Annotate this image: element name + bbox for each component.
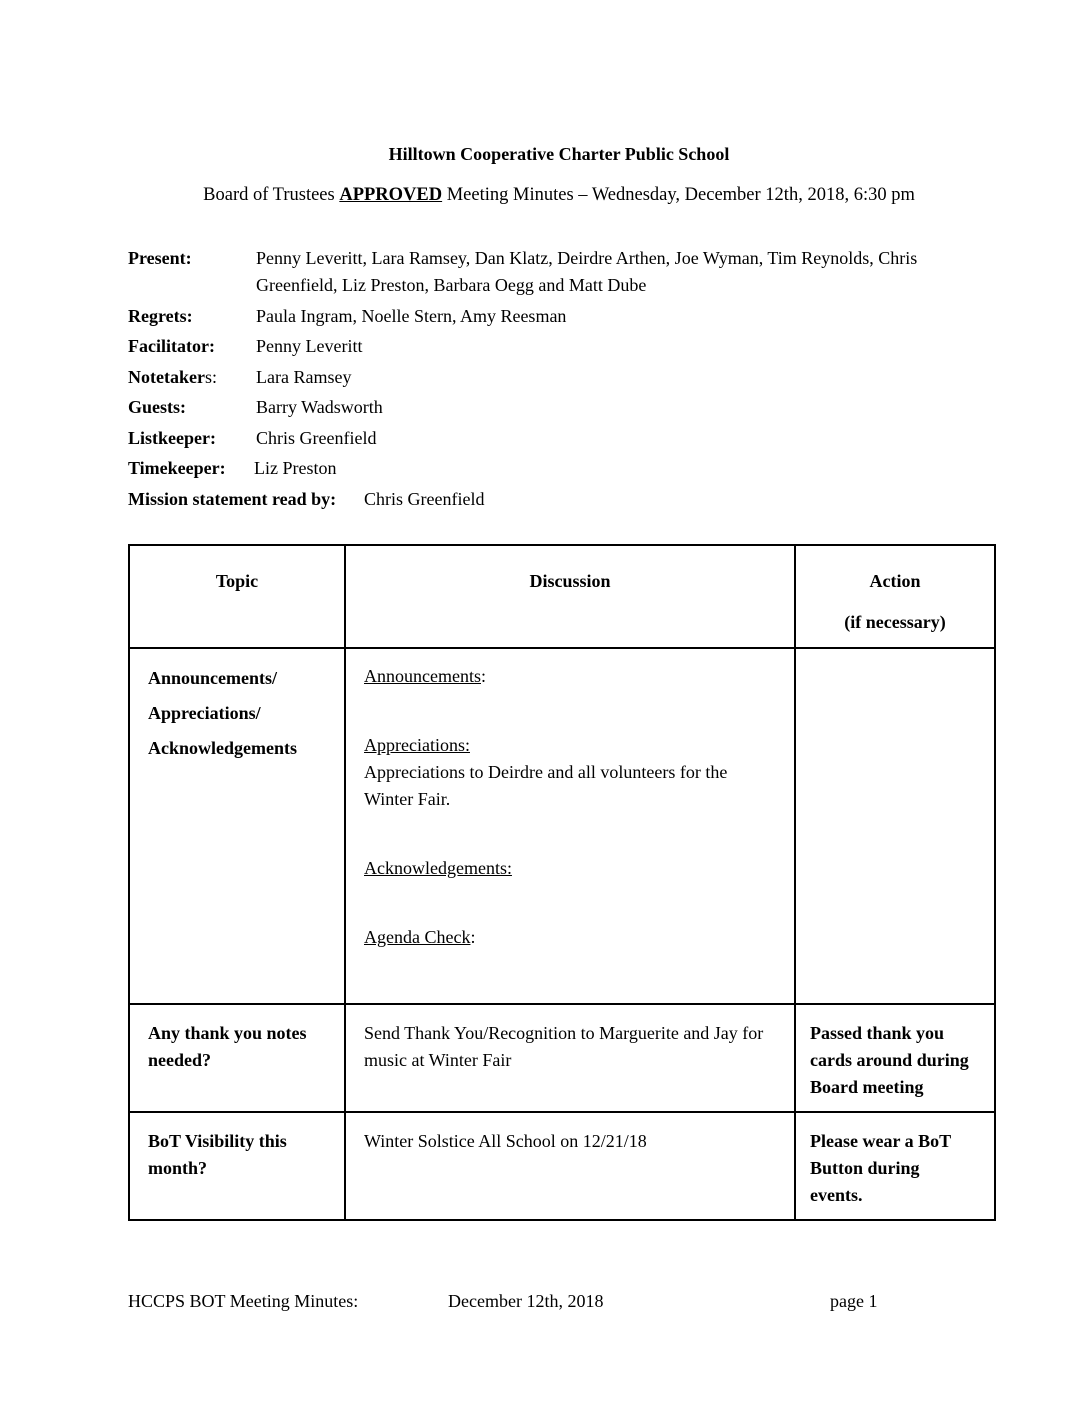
header-discussion: Discussion xyxy=(345,545,795,648)
mission-row: Mission statement read by: Chris Greenfi… xyxy=(128,486,998,513)
guests-label: Guests: xyxy=(128,394,186,421)
action-cell: Please wear a BoT Button during events. xyxy=(795,1112,995,1220)
topic-cell: Any thank you notes needed? xyxy=(129,1004,345,1112)
mission-label: Mission statement read by: xyxy=(128,486,336,513)
subtitle-prefix: Board of Trustees xyxy=(203,185,339,205)
acknowledgements-heading: Acknowledgements: xyxy=(364,855,512,882)
footer-date: December 12th, 2018 xyxy=(448,1291,603,1312)
table-row: Any thank you notes needed? Send Thank Y… xyxy=(129,1004,995,1112)
approval-status: APPROVED xyxy=(339,185,442,205)
facilitator-label: Facilitator: xyxy=(128,333,215,360)
table-header-row: Topic Discussion Action (if necessary) xyxy=(129,545,995,648)
present-label: Present: xyxy=(128,245,192,272)
facilitator-value: Penny Leveritt xyxy=(256,333,362,360)
attendance-block: Present: Penny Leveritt, Lara Ramsey, Da… xyxy=(128,245,998,516)
present-row: Present: Penny Leveritt, Lara Ramsey, Da… xyxy=(128,245,998,299)
table-row: Announcements/ Appreciations/ Acknowledg… xyxy=(129,648,995,1004)
listkeeper-row: Listkeeper: Chris Greenfield xyxy=(128,425,998,452)
appreciations-heading: Appreciations: xyxy=(364,732,470,759)
timekeeper-row: Timekeeper: Liz Preston xyxy=(128,455,998,482)
agenda-check-heading: Agenda Check xyxy=(364,927,470,947)
discussion-cell: Winter Solstice All School on 12/21/18 xyxy=(345,1112,795,1220)
minutes-table: Topic Discussion Action (if necessary) A… xyxy=(128,544,996,1221)
guests-value: Barry Wadsworth xyxy=(256,394,383,421)
listkeeper-value: Chris Greenfield xyxy=(256,425,376,452)
regrets-value: Paula Ingram, Noelle Stern, Amy Reesman xyxy=(256,303,566,330)
footer-page-number: page 1 xyxy=(830,1291,877,1312)
appreciations-text: Appreciations to Deirdre and all volunte… xyxy=(364,759,782,813)
action-cell xyxy=(795,648,995,1004)
facilitator-row: Facilitator: Penny Leveritt xyxy=(128,333,998,360)
timekeeper-label: Timekeeper: xyxy=(128,455,226,482)
notetakers-value: Lara Ramsey xyxy=(256,364,351,391)
school-title: Hilltown Cooperative Charter Public Scho… xyxy=(0,144,1088,165)
present-value: Penny Leveritt, Lara Ramsey, Dan Klatz, … xyxy=(256,245,996,299)
topic-cell: BoT Visibility this month? xyxy=(129,1112,345,1220)
table-row: BoT Visibility this month? Winter Solsti… xyxy=(129,1112,995,1220)
action-cell: Passed thank you cards around during Boa… xyxy=(795,1004,995,1112)
listkeeper-label: Listkeeper: xyxy=(128,425,216,452)
discussion-cell: Send Thank You/Recognition to Marguerite… xyxy=(345,1004,795,1112)
topic-cell: Announcements/ Appreciations/ Acknowledg… xyxy=(129,648,345,1004)
announcements-heading: Announcements xyxy=(364,666,481,686)
meeting-subtitle: Board of Trustees APPROVED Meeting Minut… xyxy=(0,185,1088,206)
header-topic: Topic xyxy=(129,545,345,648)
guests-row: Guests: Barry Wadsworth xyxy=(128,394,998,421)
timekeeper-value: Liz Preston xyxy=(254,455,337,482)
notetakers-row: Notetakers: Lara Ramsey xyxy=(128,364,998,391)
subtitle-suffix: Meeting Minutes – Wednesday, December 12… xyxy=(442,185,915,205)
header-action: Action (if necessary) xyxy=(795,545,995,648)
regrets-label: Regrets: xyxy=(128,303,193,330)
footer-doc-label: HCCPS BOT Meeting Minutes: xyxy=(128,1291,358,1312)
discussion-cell: Announcements: Appreciations: Appreciati… xyxy=(345,648,795,1004)
regrets-row: Regrets: Paula Ingram, Noelle Stern, Amy… xyxy=(128,303,998,330)
mission-value: Chris Greenfield xyxy=(364,486,484,513)
notetakers-label: Notetakers: xyxy=(128,364,217,391)
